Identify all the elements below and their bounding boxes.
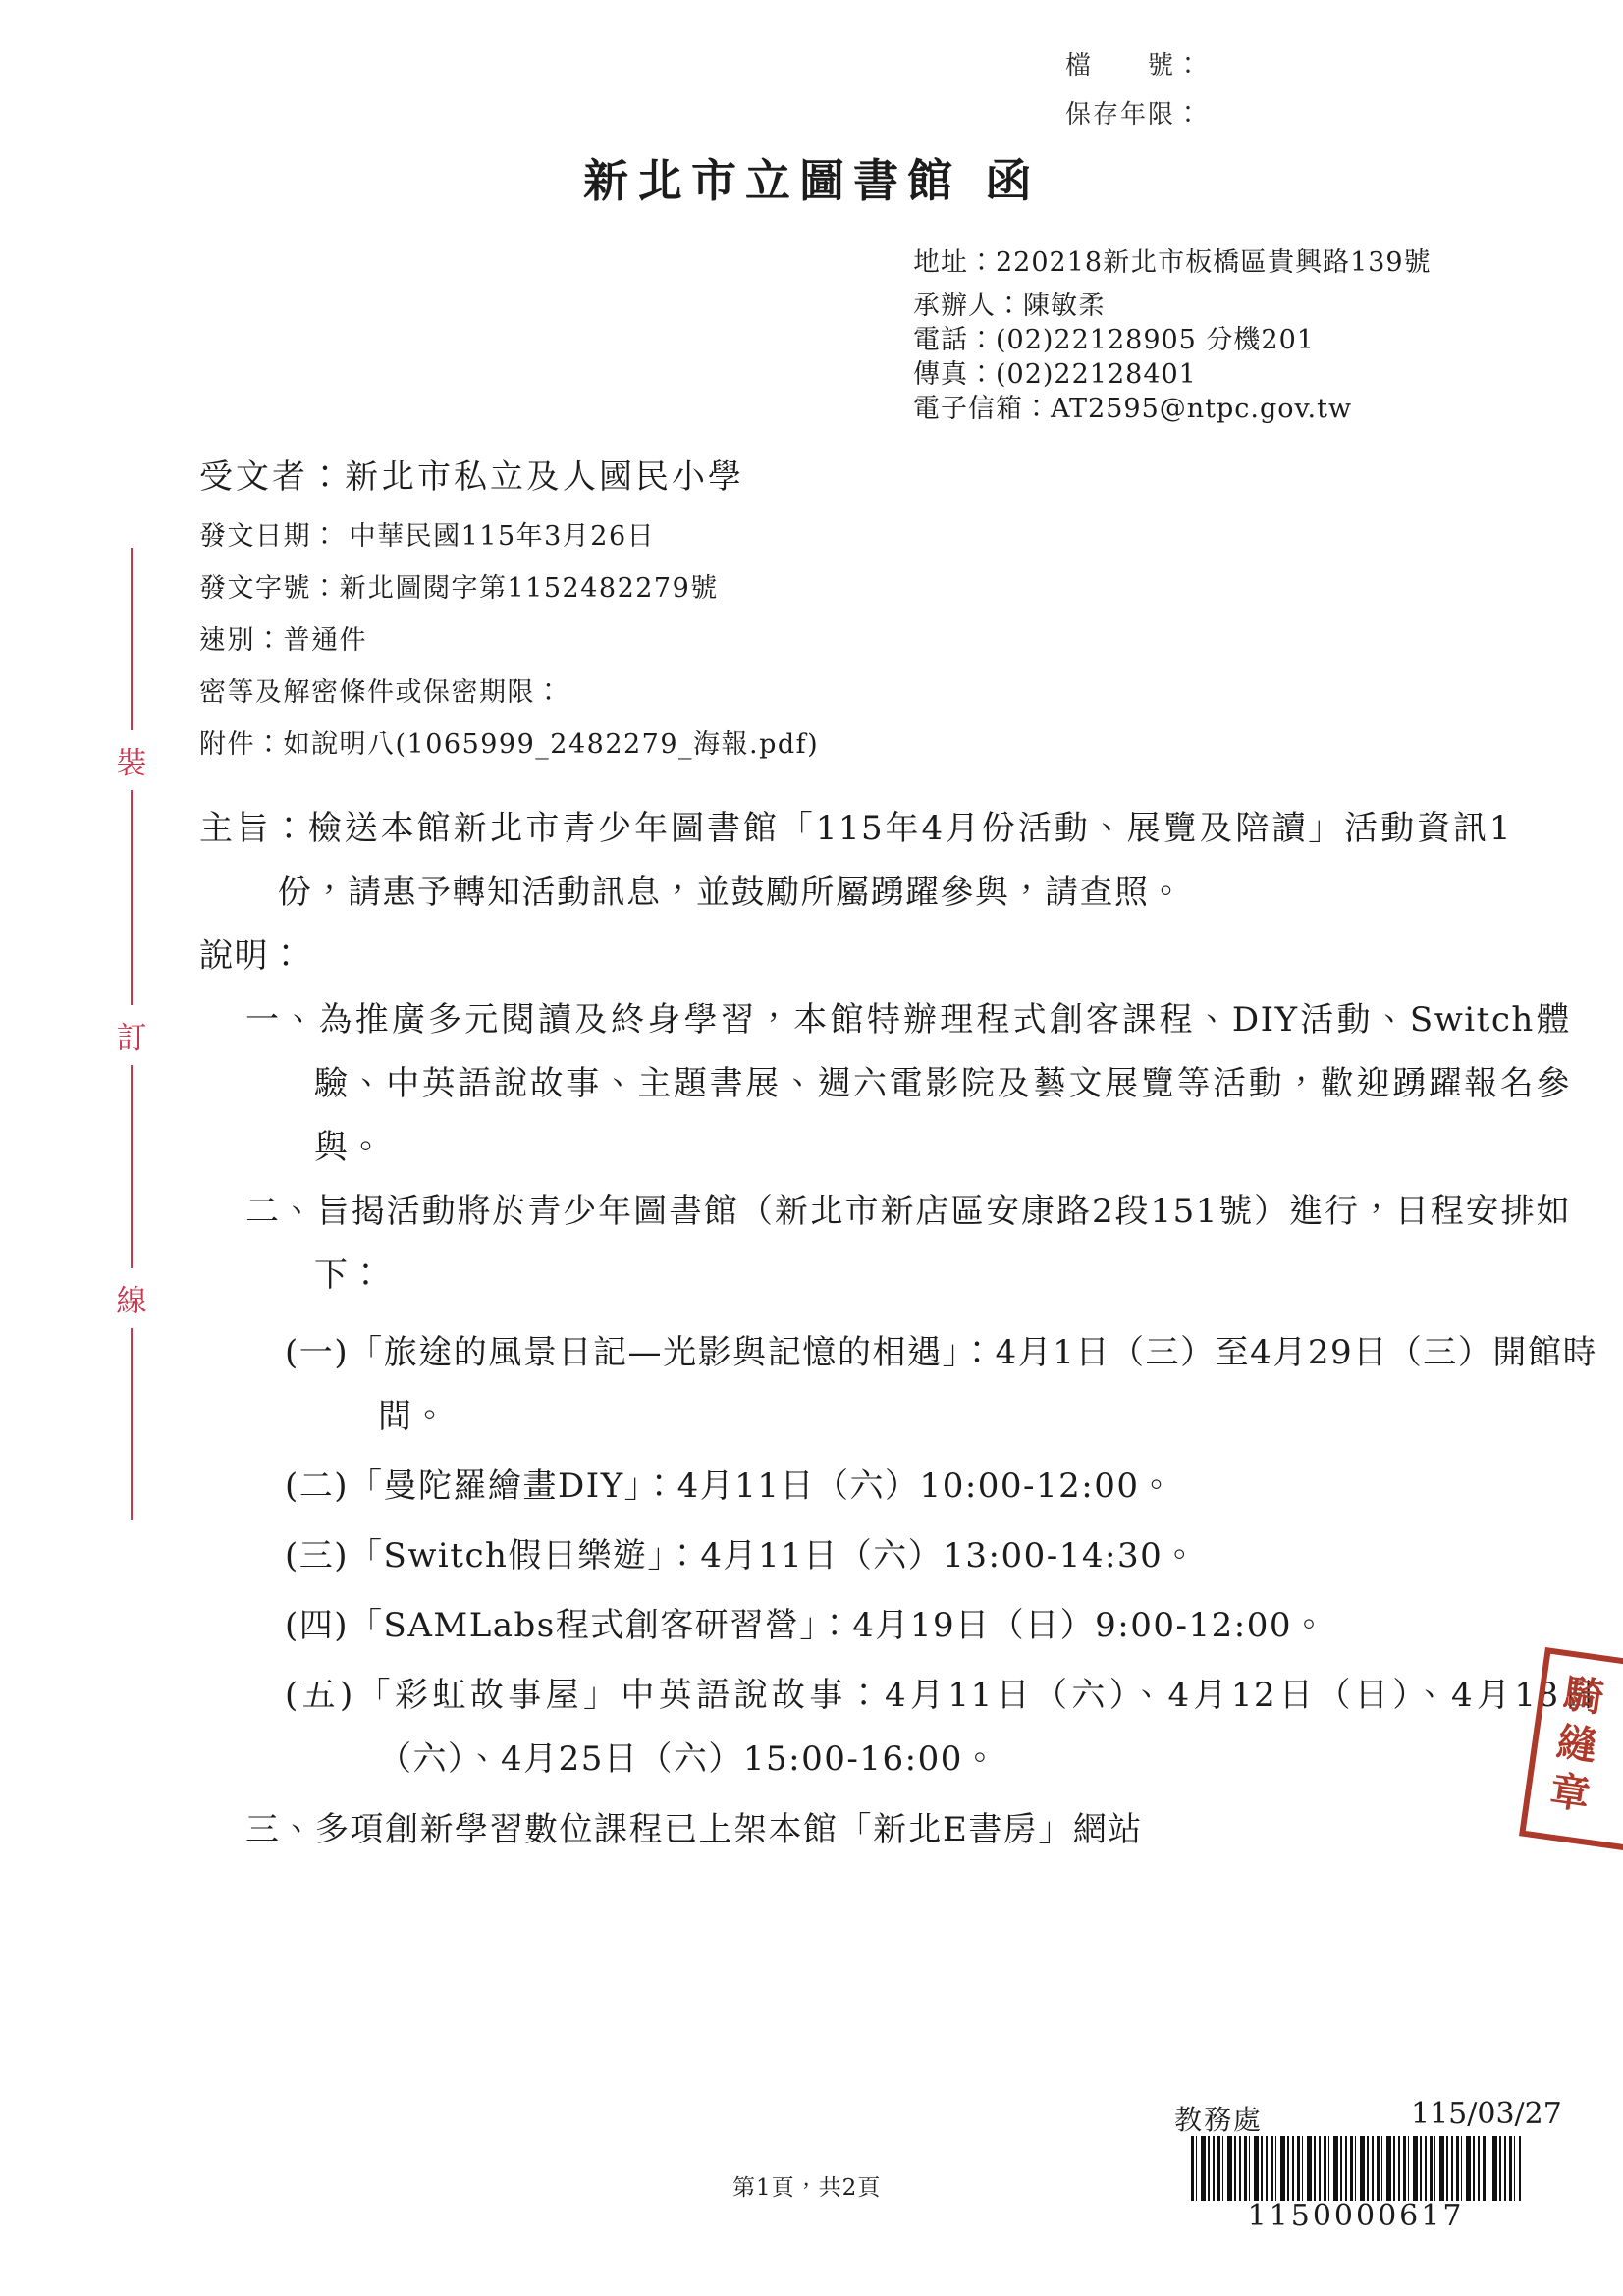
file-number-label: 檔 號： <box>1065 45 1203 81</box>
recipient-line: 受文者：新北市私立及人國民小學 <box>199 450 744 498</box>
item-text: 多項創新學習數位課程已上架本館「新北E書房」網站 <box>315 1810 1143 1849</box>
item-number: 一、 <box>245 1000 318 1040</box>
retention-period-label: 保存年限： <box>1065 94 1203 131</box>
binding-char-ding: 訂 <box>115 1005 148 1065</box>
item-text: 為推廣多元閱讀及終身學習，本館特辦理程式創客課程、DIY活動、Switch體驗、… <box>314 1000 1571 1167</box>
binding-char-zhuang: 裝 <box>115 730 148 790</box>
item-number: 三、 <box>245 1810 315 1849</box>
document-number-line: 發文字號：新北圖閱字第1152482279號 <box>199 562 819 614</box>
subject-label: 主旨： <box>199 809 308 848</box>
attachment-line: 附件：如說明八(1065999_2482279_海報.pdf) <box>199 719 819 771</box>
item-text: 「SAMLabs程式創客研習營」：4月19日（日）9:00-12:00。 <box>349 1606 1326 1645</box>
sender-phone: 電話：(02)22128905 分機201 <box>913 323 1432 357</box>
item-text: 旨揭活動將於青少年圖書館（新北市新店區安康路2段151號）進行，日程安排如下： <box>314 1192 1571 1295</box>
explanation-item-1: 一、為推廣多元閱讀及終身學習，本館特辦理程式創客課程、DIY活動、Switch體… <box>245 988 1571 1180</box>
item-text: 「旅途的風景日記—光影與記憶的相遇」：4月1日（三）至4月29日（三）開館時間。 <box>349 1333 1597 1436</box>
barcode-number: 1150000617 <box>1191 2199 1521 2233</box>
item-text: 「Switch假日樂遊」：4月11日（六）13:00-14:30。 <box>349 1536 1198 1575</box>
item-number: (五) <box>285 1676 354 1715</box>
letter-body: 主旨：檢送本館新北市青少年圖書館「115年4月份活動、展覽及陪讀」活動資訊1份，… <box>0 797 1623 1862</box>
item-number: (三) <box>285 1536 349 1575</box>
item-number: (二) <box>285 1467 349 1506</box>
schedule-item-5: (五)「彩虹故事屋」中英語說故事：4月11日（六）、4月12日（日）、4月18日… <box>285 1664 1597 1791</box>
schedule-item-1: (一)「旅途的風景日記—光影與記憶的相遇」：4月1日（三）至4月29日（三）開館… <box>285 1321 1597 1449</box>
issue-date-line: 發文日期： 中華民國115年3月26日 <box>199 510 819 562</box>
sender-address: 地址：220218新北市板橋區貴興路139號 <box>913 245 1432 280</box>
explanation-item-3: 三、多項創新學習數位課程已上架本館「新北E書房」網站 <box>245 1798 1571 1862</box>
schedule-item-3: (三)「Switch假日樂遊」：4月11日（六）13:00-14:30。 <box>285 1524 1597 1588</box>
item-number: 二、 <box>245 1192 316 1231</box>
item-text: 「曼陀羅繪畫DIY」：4月11日（六）10:00-12:00。 <box>349 1467 1174 1506</box>
page-number-info: 第1頁，共2頁 <box>732 2169 881 2202</box>
sender-contact-person: 承辦人：陳敏柔 <box>913 289 1432 323</box>
received-date: 115/03/27 <box>1411 2097 1562 2131</box>
subject-paragraph: 主旨：檢送本館新北市青少年圖書館「115年4月份活動、展覽及陪讀」活動資訊1份，… <box>199 797 1512 925</box>
document-meta-block: 發文日期： 中華民國115年3月26日 發文字號：新北圖閱字第115248227… <box>199 510 819 771</box>
seal-text: 騎縫章 <box>1543 1672 1602 1823</box>
item-number: (一) <box>285 1333 349 1372</box>
official-letter-page: 檔 號： 保存年限： 新北市立圖書館 函 地址：220218新北市板橋區貴興路1… <box>0 0 1623 2296</box>
explanation-label: 說明： <box>199 925 1434 988</box>
item-text: 「彩虹故事屋」中英語說故事：4月11日（六）、4月12日（日）、4月18日（六）… <box>354 1676 1597 1779</box>
sender-contact-block: 地址：220218新北市板橋區貴興路139號 承辦人：陳敏柔 電話：(02)22… <box>913 245 1432 426</box>
binding-char-xian: 線 <box>115 1268 148 1328</box>
document-title: 新北市立圖書館 函 <box>583 145 1040 210</box>
schedule-item-4: (四)「SAMLabs程式創客研習營」：4月19日（日）9:00-12:00。 <box>285 1594 1597 1658</box>
barcode <box>1191 2136 1521 2201</box>
security-line: 密等及解密條件或保密期限： <box>199 667 819 719</box>
item-number: (四) <box>285 1606 349 1645</box>
receiving-department: 教務處 <box>1174 2099 1263 2138</box>
priority-line: 速別：普通件 <box>199 614 819 667</box>
schedule-item-2: (二)「曼陀羅繪畫DIY」：4月11日（六）10:00-12:00。 <box>285 1455 1597 1519</box>
sender-email: 電子信箱：AT2595@ntpc.gov.tw <box>913 392 1432 426</box>
explanation-item-2: 二、旨揭活動將於青少年圖書館（新北市新店區安康路2段151號）進行，日程安排如下… <box>245 1180 1571 1308</box>
subject-text: 檢送本館新北市青少年圖書館「115年4月份活動、展覽及陪讀」活動資訊1份，請惠予… <box>278 809 1512 912</box>
sender-fax: 傳真：(02)22128401 <box>913 357 1432 392</box>
